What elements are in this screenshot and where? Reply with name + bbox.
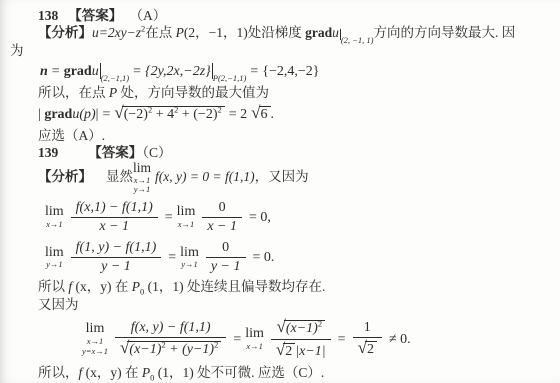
lim-subscript: y=x→1 <box>82 347 108 357</box>
text-fragment: ，又因为 <box>255 169 309 184</box>
limit-operator: limx→1y→1 <box>133 161 151 195</box>
partial-y-limit-formula: limy→1f(1, y) − f(1,1)y − 1=limy→10y − 1… <box>45 240 546 275</box>
analysis-label: 【分析】 <box>38 25 92 40</box>
fraction: f(x, y) − f(1,1)√(x−1)2 + (y−1)2 <box>115 320 226 359</box>
function-expression: u=2xy−z <box>92 25 141 40</box>
numerator: f(1, y) − f(1,1) <box>71 240 162 258</box>
gradient-formula: n=gradu(2,−1,1)={2y,2x,−2z}P(2,−1,1)={−2… <box>40 63 546 80</box>
answer-value: （A） <box>136 8 166 23</box>
lim-subscript: x→1 <box>177 220 196 230</box>
equals-sign: = <box>102 107 110 122</box>
fraction: 1√2 <box>353 320 382 359</box>
equals-sign: = <box>133 64 141 79</box>
period: . <box>271 107 275 122</box>
square-root: √(−2)2 + 42 + (−2)2 <box>114 104 224 124</box>
text-fragment: (x，y) 在 <box>82 365 142 380</box>
square-root: √2 <box>276 341 295 361</box>
denominator: y − 1 <box>206 258 246 275</box>
lim-word: lim <box>133 161 151 175</box>
numerator: 1 <box>353 320 382 338</box>
result: = 0. <box>253 250 275 265</box>
radicand: 6 <box>259 106 271 124</box>
equals-sign: = <box>52 64 60 79</box>
radicand: 2 <box>283 343 295 361</box>
analysis-line-138: 【分析】u=2xy−z2在点 P(2，−1，1)处沿梯度 gradu(2, −1… <box>38 24 546 41</box>
grad-operator: grad <box>64 64 92 79</box>
document-page: 138【答案】（A） 【分析】u=2xy−z2在点 P(2，−1，1)处沿梯度 … <box>0 0 560 383</box>
continuity-text: 所以 f (x，y) 在 P0 (1，1) 处连续且偏导数均存在. <box>38 278 546 295</box>
eval-point-subscript: (2,−1,1) <box>101 73 129 83</box>
square-root: √(x−1)2 + (y−1)2 <box>120 339 221 359</box>
lim-subscript: y→1 <box>45 260 64 270</box>
limit-operator: limx→1 <box>45 205 64 229</box>
exponent: 2 <box>218 104 222 114</box>
grad-operator: grad <box>305 25 332 40</box>
denominator: y − 1 <box>71 258 162 275</box>
limit-operator: limy→1 <box>45 246 64 270</box>
vector-components: {2y,2x,−2z} <box>145 64 211 79</box>
point-symbol: P <box>109 85 117 100</box>
text-fragment: (x，y) 在 <box>72 279 132 294</box>
radicand: (−2)2 + 42 + (−2)2 <box>122 106 225 124</box>
result: = 0, <box>249 210 271 225</box>
magnitude-formula: | gradu(p)|=√(−2)2 + 42 + (−2)2= 2√6. <box>38 104 546 124</box>
text-fragment: (1，1) 处连续且偏导数均存在. <box>144 279 325 294</box>
fraction: √(x−1)2√2|x−1| <box>271 318 331 361</box>
vector-n: n <box>40 64 48 79</box>
limit-operator: limx→1 <box>245 327 264 351</box>
grad-operator: grad <box>44 107 72 122</box>
equals-sign: = <box>165 210 173 225</box>
problem-139: 139【答案】（C） 【分析】显然limx→1y→1f(x, y) = 0 = … <box>10 144 546 381</box>
analysis-label: 【分析】 <box>38 169 92 184</box>
fraction: 0x − 1 <box>202 200 242 235</box>
numerator: √(x−1)2 <box>271 318 331 340</box>
text-fragment: 显然 <box>106 169 133 184</box>
term: + 4 <box>152 107 174 122</box>
eval-point-subscript: (2, −1, 1) <box>341 35 374 45</box>
denominator: x − 1 <box>202 218 242 235</box>
lim-subscript: x→1 <box>245 342 264 352</box>
variable-u: u <box>92 64 99 79</box>
square-root: √6 <box>251 104 270 124</box>
text-fragment: 所以 <box>38 279 68 294</box>
fraction: f(x,1) − f(1,1)x − 1 <box>71 200 158 235</box>
term: + (y−1) <box>166 342 214 357</box>
text-fragment: 方向的方向导数最大. 因 <box>373 25 515 40</box>
numerator: 0 <box>206 240 246 258</box>
lim-subscript: x→1 <box>45 220 64 230</box>
again-because-text: 又因为 <box>38 296 546 313</box>
wrapped-character: 为 <box>10 42 546 59</box>
problem-number: 138 <box>38 8 58 23</box>
lim-word: lim <box>180 246 199 261</box>
equals-sign: = <box>250 64 258 79</box>
numerator: 0 <box>202 200 242 218</box>
not-equal-result: ≠ 0. <box>389 332 411 347</box>
denominator: √(x−1)2 + (y−1)2 <box>115 338 226 359</box>
abs-bar: | <box>96 107 99 122</box>
limit-operator: limx→1 <box>177 205 196 229</box>
radicand: (x−1)2 + (y−1)2 <box>127 341 221 359</box>
fraction: f(1, y) − f(1,1)y − 1 <box>71 240 162 275</box>
point-symbol: P <box>132 279 140 294</box>
answer-label: 【答案】 <box>88 145 142 160</box>
problem-138: 138【答案】（A） 【分析】u=2xy−z2在点 P(2，−1，1)处沿梯度 … <box>10 7 546 144</box>
variable-u: u <box>332 25 339 40</box>
problem-139-header: 139【答案】（C） <box>38 144 546 161</box>
equals-sign: = <box>168 250 176 265</box>
text-fragment: (1，1) 处不可微. 应选（C）. <box>154 365 324 380</box>
radicand: (x−1)2 <box>284 320 325 338</box>
term: + (−2) <box>178 107 217 122</box>
partial-x-limit-formula: limx→1f(x,1) − f(1,1)x − 1=limx→10x − 1=… <box>45 200 546 235</box>
lim-word: lim <box>177 205 196 220</box>
equals-sign: = <box>233 332 241 347</box>
square-root: √2 <box>358 339 377 359</box>
eval-point-subscript: P(2,−1,1) <box>213 73 247 83</box>
differentiability-limit-formula: limx→1y=x→1f(x, y) − f(1,1)√(x−1)2 + (y−… <box>82 318 546 361</box>
problem-138-header: 138【答案】（A） <box>38 7 546 24</box>
lim-subscript: y→1 <box>133 185 151 195</box>
text-fragment: 处，方向导数的最大值为 <box>117 85 269 100</box>
term: (−2) <box>124 107 148 122</box>
abs-term: |x−1| <box>295 344 325 359</box>
term: (x−1) <box>129 342 161 357</box>
fraction: 0y − 1 <box>206 240 246 275</box>
conclusion-text: 所以，f (x，y) 在 P0 (1，1) 处不可微. 应选（C）. <box>38 364 546 381</box>
text-fragment: (2，−1，1)处沿梯度 <box>184 25 305 40</box>
exponent: 2 <box>318 318 322 328</box>
radicand: 2 <box>365 341 377 359</box>
equals-sign: = <box>338 332 346 347</box>
text-fragment: 所以， <box>38 365 79 380</box>
lim-word: lim <box>45 246 64 261</box>
result-vector: {−2,4,−2} <box>262 64 319 79</box>
limit-expression: f(x, y) = 0 = f(1,1) <box>155 169 255 184</box>
problem-number: 139 <box>38 145 58 160</box>
point-symbol: P <box>142 365 150 380</box>
text-fragment: 在点 <box>145 25 175 40</box>
numerator: f(x, y) − f(1,1) <box>115 320 226 338</box>
limit-operator: limy→1 <box>180 246 199 270</box>
numerator: f(x,1) − f(1,1) <box>71 200 158 218</box>
text-fragment: 所以，在点 <box>38 85 109 100</box>
choose-answer-text: 应选（A）. <box>38 127 546 144</box>
exponent: 2 <box>214 339 218 349</box>
limit-operator: limx→1y=x→1 <box>82 322 108 356</box>
analysis-line-139: 【分析】显然limx→1y→1f(x, y) = 0 = f(1,1)，又因为 <box>38 161 546 195</box>
max-value-text: 所以，在点 P 处，方向导数的最大值为 <box>38 84 546 101</box>
equals-sign: = 2 <box>229 107 247 122</box>
denominator: √2|x−1| <box>271 340 331 361</box>
answer-value: （C） <box>142 145 171 160</box>
denominator: x − 1 <box>71 218 158 235</box>
lim-word: lim <box>245 327 264 342</box>
term: (x−1) <box>286 321 318 336</box>
answer-label: 【答案】 <box>68 8 122 23</box>
point-symbol: P <box>176 25 184 40</box>
variable-up: u(p) <box>72 107 95 122</box>
lim-word: lim <box>82 322 108 337</box>
denominator: √2 <box>353 338 382 359</box>
lim-subscript: y→1 <box>180 260 199 270</box>
lim-word: lim <box>45 205 64 220</box>
square-root: √(x−1)2 <box>276 318 325 338</box>
